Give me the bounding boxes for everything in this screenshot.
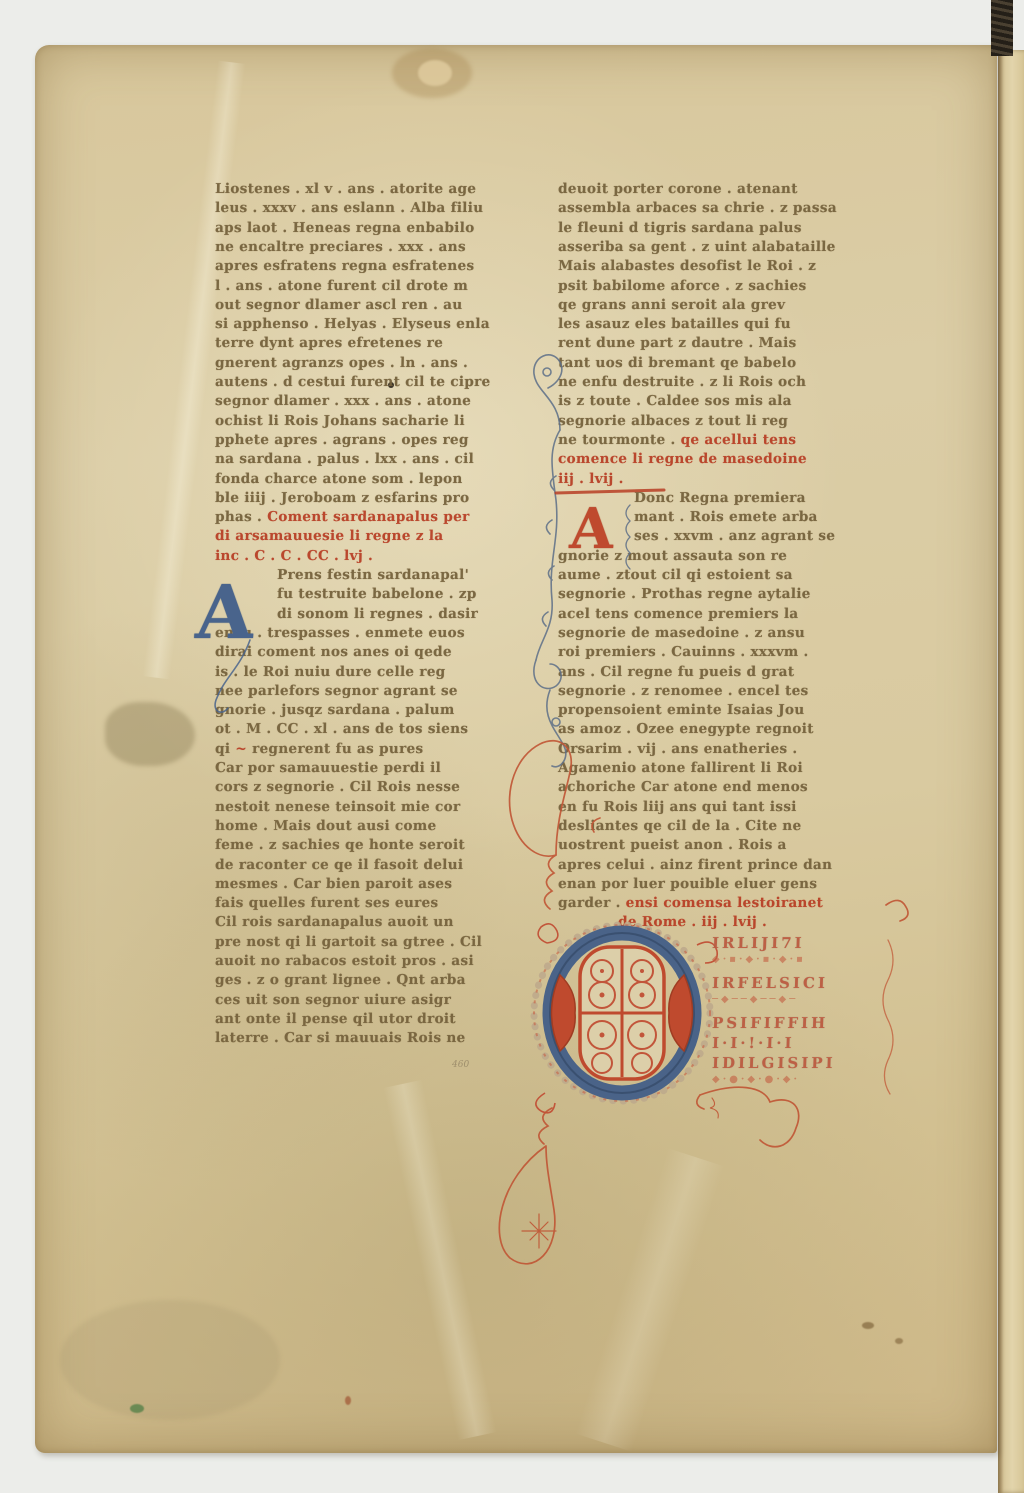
margin-smudge-number: 460 [452, 1060, 469, 1070]
display-capitals-row: ◆·●·◆·●·◆· [712, 1074, 880, 1085]
display-capitals-row: I·I·!·I·I [712, 1034, 881, 1052]
display-capitals-row: PSIFIFFIH [712, 1014, 881, 1032]
display-capitals-row: IRFELSICI [712, 974, 881, 992]
display-capitals-row: IRLIJI7I [712, 934, 881, 952]
display-capitals-row: ─◆──◆──◆─ [712, 994, 880, 1005]
pen-flourishes [0, 0, 1024, 1493]
manuscript-photo: { "artifact": { "kind": "medieval manusc… [0, 0, 1024, 1493]
display-capitals-block: IRLIJI7I◆·▪·◆·▪·◆·▪IRFELSICI─◆──◆──◆─PSI… [712, 934, 880, 1098]
display-capitals-row: ◆·▪·◆·▪·◆·▪ [712, 954, 880, 965]
display-capitals-row: IDILGISIPI [712, 1054, 881, 1072]
